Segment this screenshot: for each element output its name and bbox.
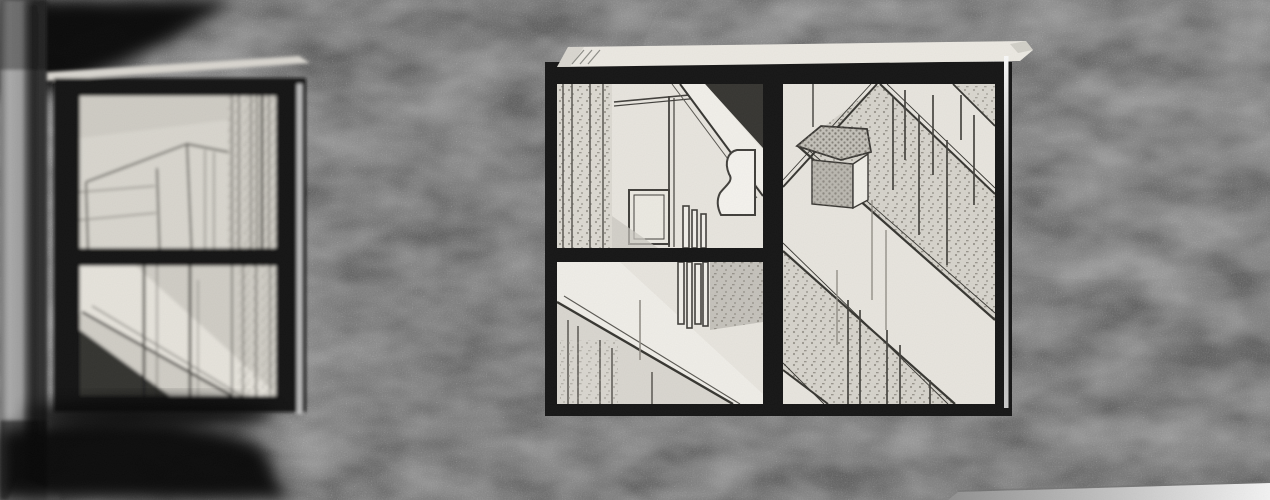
panel-canvas [0,0,1270,500]
photo-grain-overlay [0,0,1270,500]
manga-panel [0,0,1270,500]
